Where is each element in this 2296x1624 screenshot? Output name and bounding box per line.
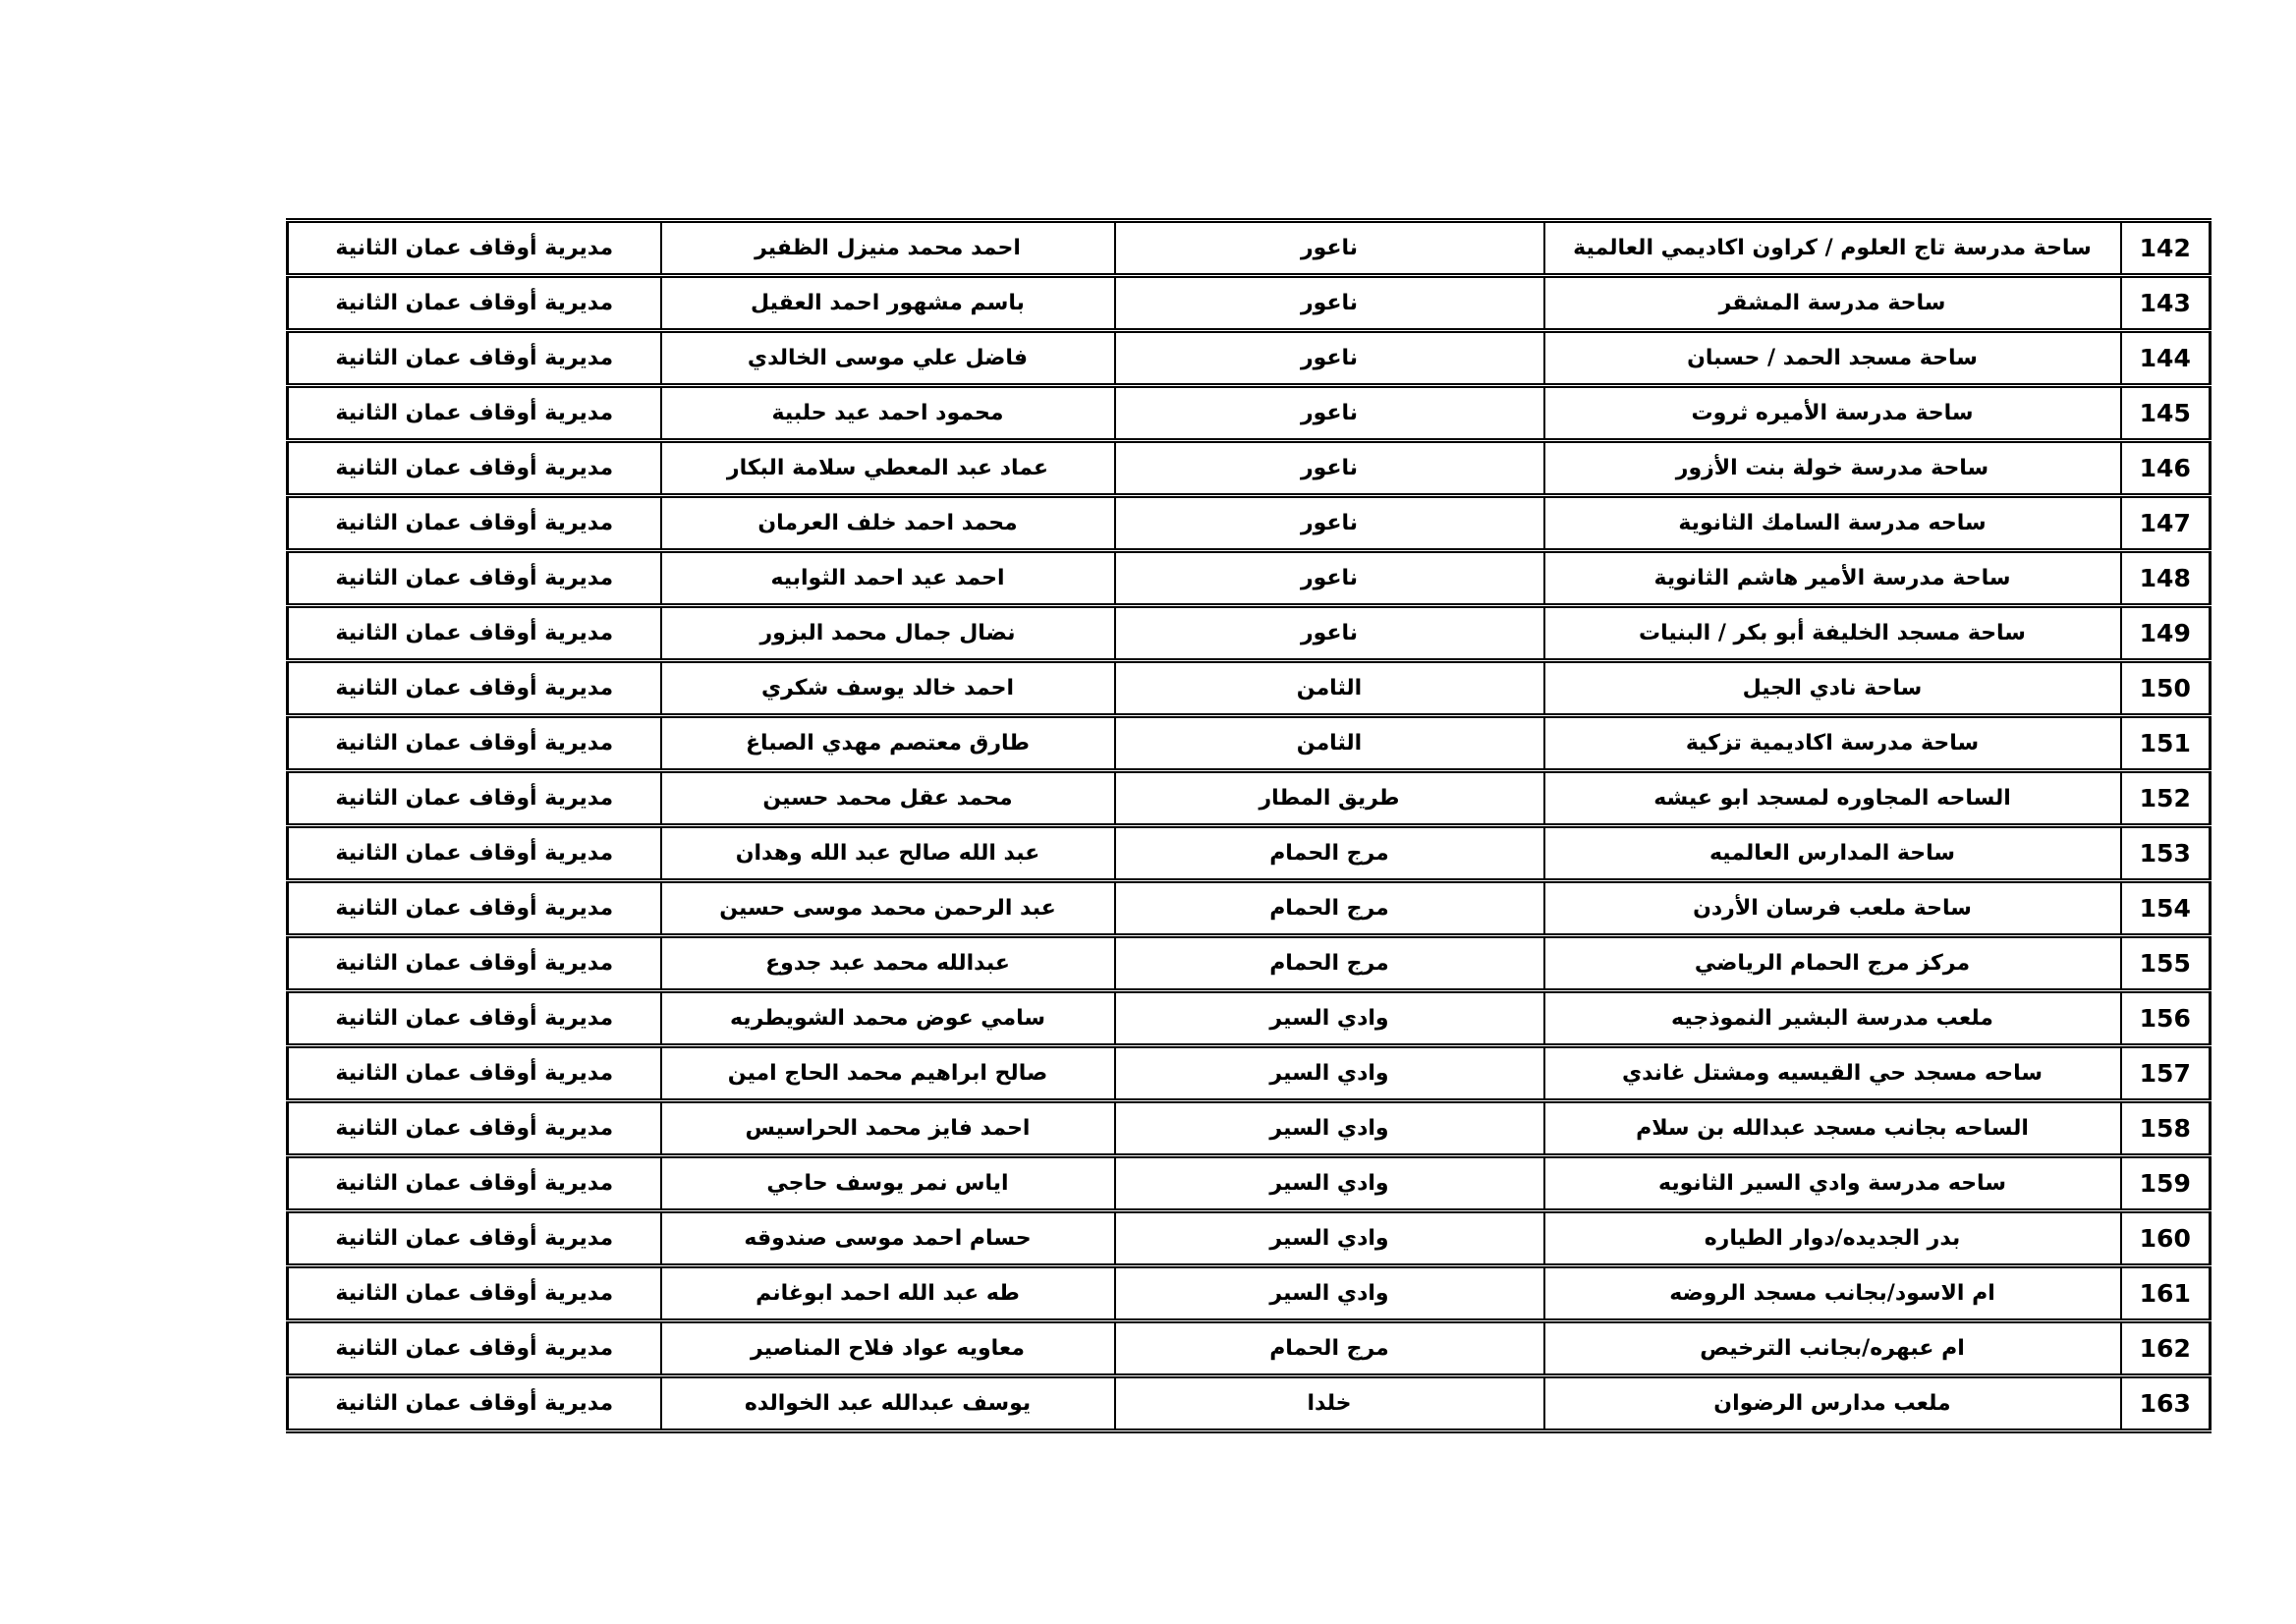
cell-area: ناعور [1115, 331, 1544, 386]
table-row: 163ملعب مدارس الرضوانخلدايوسف عبدالله عب… [288, 1376, 2211, 1431]
cell-directorate: مديرية أوقاف عمان الثانية [288, 606, 661, 661]
cell-directorate: مديرية أوقاف عمان الثانية [288, 496, 661, 551]
cell-number: 156 [2121, 991, 2211, 1046]
cell-area: طريق المطار [1115, 771, 1544, 826]
cell-name: حسام احمد موسى صندوقه [661, 1211, 1115, 1266]
cell-area: ناعور [1115, 551, 1544, 606]
cell-number: 163 [2121, 1376, 2211, 1431]
cell-location: مركز مرج الحمام الرياضي [1544, 936, 2121, 991]
awqaf-supervisors-table: 142ساحة مدرسة تاج العلوم / كراون اكاديمي… [286, 218, 2212, 1433]
cell-name: طه عبد الله احمد ابوغانم [661, 1266, 1115, 1321]
cell-name: محمد احمد خلف العرمان [661, 496, 1115, 551]
cell-name: معاويه عواد فلاح المناصير [661, 1321, 1115, 1376]
cell-directorate: مديرية أوقاف عمان الثانية [288, 661, 661, 716]
cell-directorate: مديرية أوقاف عمان الثانية [288, 771, 661, 826]
table-row: 162ام عبهره/بجانب الترخيصمرج الحماممعاوي… [288, 1321, 2211, 1376]
cell-area: الثامن [1115, 661, 1544, 716]
cell-directorate: مديرية أوقاف عمان الثانية [288, 551, 661, 606]
cell-number: 155 [2121, 936, 2211, 991]
table-row: 143ساحة مدرسة المشقرناعورباسم مشهور احمد… [288, 276, 2211, 331]
cell-name: احمد فايز محمد الحراسيس [661, 1101, 1115, 1156]
table-row: 154ساحة ملعب فرسان الأردنمرج الحمامعبد ا… [288, 881, 2211, 936]
cell-area: مرج الحمام [1115, 881, 1544, 936]
cell-number: 152 [2121, 771, 2211, 826]
cell-area: مرج الحمام [1115, 936, 1544, 991]
cell-number: 144 [2121, 331, 2211, 386]
cell-location: ساحة مدرسة المشقر [1544, 276, 2121, 331]
table-row: 144ساحة مسجد الحمد / حسبانناعورفاضل علي … [288, 331, 2211, 386]
table-body: 142ساحة مدرسة تاج العلوم / كراون اكاديمي… [288, 221, 2211, 1431]
table-row: 159ساحه مدرسة وادي السير الثانويهوادي ال… [288, 1156, 2211, 1211]
cell-directorate: مديرية أوقاف عمان الثانية [288, 716, 661, 771]
table-row: 157ساحه مسجد حي القيسيه ومشتل غانديوادي … [288, 1046, 2211, 1101]
cell-location: ام الاسود/بجانب مسجد الروضه [1544, 1266, 2121, 1321]
cell-directorate: مديرية أوقاف عمان الثانية [288, 1321, 661, 1376]
cell-location: ساحة مسجد الحمد / حسبان [1544, 331, 2121, 386]
table-row: 148ساحة مدرسة الأمير هاشم الثانويةناعورا… [288, 551, 2211, 606]
cell-area: ناعور [1115, 276, 1544, 331]
cell-area: الثامن [1115, 716, 1544, 771]
cell-directorate: مديرية أوقاف عمان الثانية [288, 881, 661, 936]
cell-location: ساحة مدرسة الأمير هاشم الثانوية [1544, 551, 2121, 606]
table-row: 156ملعب مدرسة البشير النموذجيهوادي السير… [288, 991, 2211, 1046]
cell-number: 142 [2121, 221, 2211, 276]
document-page: 142ساحة مدرسة تاج العلوم / كراون اكاديمي… [0, 0, 2296, 1624]
cell-name: نضال جمال محمد البزور [661, 606, 1115, 661]
cell-location: ام عبهره/بجانب الترخيص [1544, 1321, 2121, 1376]
cell-name: صالح ابراهيم محمد الحاج امين [661, 1046, 1115, 1101]
cell-name: عبد الرحمن محمد موسى حسين [661, 881, 1115, 936]
table-row: 155مركز مرج الحمام الرياضيمرج الحمامعبدا… [288, 936, 2211, 991]
cell-name: فاضل علي موسى الخالدي [661, 331, 1115, 386]
cell-directorate: مديرية أوقاف عمان الثانية [288, 221, 661, 276]
cell-directorate: مديرية أوقاف عمان الثانية [288, 1376, 661, 1431]
cell-location: ساحة مسجد الخليفة أبو بكر / البنيات [1544, 606, 2121, 661]
table-row: 161ام الاسود/بجانب مسجد الروضهوادي السير… [288, 1266, 2211, 1321]
cell-location: الساحه بجانب مسجد عبدالله بن سلام [1544, 1101, 2121, 1156]
cell-area: وادي السير [1115, 1101, 1544, 1156]
cell-directorate: مديرية أوقاف عمان الثانية [288, 1211, 661, 1266]
cell-area: وادي السير [1115, 1211, 1544, 1266]
cell-directorate: مديرية أوقاف عمان الثانية [288, 441, 661, 496]
cell-area: مرج الحمام [1115, 1321, 1544, 1376]
cell-area: خلدا [1115, 1376, 1544, 1431]
cell-directorate: مديرية أوقاف عمان الثانية [288, 936, 661, 991]
table-row: 150ساحة نادي الجيلالثامناحمد خالد يوسف ش… [288, 661, 2211, 716]
cell-location: ملعب مدارس الرضوان [1544, 1376, 2121, 1431]
cell-area: ناعور [1115, 221, 1544, 276]
cell-number: 157 [2121, 1046, 2211, 1101]
cell-area: وادي السير [1115, 991, 1544, 1046]
cell-location: ملعب مدرسة البشير النموذجيه [1544, 991, 2121, 1046]
cell-number: 143 [2121, 276, 2211, 331]
cell-number: 160 [2121, 1211, 2211, 1266]
cell-name: سامي عوض محمد الشويطريه [661, 991, 1115, 1046]
table-row: 146ساحة مدرسة خولة بنت الأزورناعورعماد ع… [288, 441, 2211, 496]
cell-name: محمد عقل محمد حسين [661, 771, 1115, 826]
table-row: 151ساحة مدرسة اكاديمية تزكيةالثامنطارق م… [288, 716, 2211, 771]
cell-name: محمود احمد عيد حلبية [661, 386, 1115, 441]
cell-number: 158 [2121, 1101, 2211, 1156]
cell-directorate: مديرية أوقاف عمان الثانية [288, 1156, 661, 1211]
cell-directorate: مديرية أوقاف عمان الثانية [288, 331, 661, 386]
table-row: 160بدر الجديده/دوار الطيارهوادي السيرحسا… [288, 1211, 2211, 1266]
cell-directorate: مديرية أوقاف عمان الثانية [288, 1046, 661, 1101]
cell-location: ساحه مدرسة السامك الثانوية [1544, 496, 2121, 551]
cell-area: وادي السير [1115, 1266, 1544, 1321]
cell-number: 159 [2121, 1156, 2211, 1211]
cell-number: 149 [2121, 606, 2211, 661]
cell-name: احمد خالد يوسف شكري [661, 661, 1115, 716]
cell-location: ساحة نادي الجيل [1544, 661, 2121, 716]
cell-area: ناعور [1115, 386, 1544, 441]
cell-name: احمد عيد احمد الثوابيه [661, 551, 1115, 606]
cell-location: ساحه مسجد حي القيسيه ومشتل غاندي [1544, 1046, 2121, 1101]
cell-location: ساحة مدرسة تاج العلوم / كراون اكاديمي ال… [1544, 221, 2121, 276]
cell-number: 145 [2121, 386, 2211, 441]
cell-directorate: مديرية أوقاف عمان الثانية [288, 991, 661, 1046]
cell-number: 146 [2121, 441, 2211, 496]
cell-location: ساحة مدرسة اكاديمية تزكية [1544, 716, 2121, 771]
table-row: 149ساحة مسجد الخليفة أبو بكر / البنياتنا… [288, 606, 2211, 661]
cell-directorate: مديرية أوقاف عمان الثانية [288, 1266, 661, 1321]
cell-area: ناعور [1115, 496, 1544, 551]
cell-location: ساحة مدرسة الأميره ثروت [1544, 386, 2121, 441]
table-row: 142ساحة مدرسة تاج العلوم / كراون اكاديمي… [288, 221, 2211, 276]
table-row: 147ساحه مدرسة السامك الثانويةناعورمحمد ا… [288, 496, 2211, 551]
cell-directorate: مديرية أوقاف عمان الثانية [288, 826, 661, 881]
cell-name: احمد محمد منيزل الظفير [661, 221, 1115, 276]
cell-area: ناعور [1115, 441, 1544, 496]
cell-number: 150 [2121, 661, 2211, 716]
cell-location: بدر الجديده/دوار الطياره [1544, 1211, 2121, 1266]
cell-name: يوسف عبدالله عبد الخوالده [661, 1376, 1115, 1431]
cell-location: ساحة ملعب فرسان الأردن [1544, 881, 2121, 936]
cell-number: 151 [2121, 716, 2211, 771]
cell-name: عبد الله صالح عبد الله وهدان [661, 826, 1115, 881]
cell-area: مرج الحمام [1115, 826, 1544, 881]
cell-name: عبدالله محمد عبد جدوع [661, 936, 1115, 991]
cell-name: طارق معتصم مهدي الصباغ [661, 716, 1115, 771]
cell-directorate: مديرية أوقاف عمان الثانية [288, 276, 661, 331]
cell-name: عماد عبد المعطي سلامة البكار [661, 441, 1115, 496]
cell-name: باسم مشهور احمد العقيل [661, 276, 1115, 331]
cell-number: 161 [2121, 1266, 2211, 1321]
cell-area: وادي السير [1115, 1046, 1544, 1101]
cell-area: وادي السير [1115, 1156, 1544, 1211]
cell-area: ناعور [1115, 606, 1544, 661]
table-row: 153ساحة المدارس العالميهمرج الحمامعبد ال… [288, 826, 2211, 881]
table-row: 145ساحة مدرسة الأميره ثروتناعورمحمود احم… [288, 386, 2211, 441]
cell-location: ساحه مدرسة وادي السير الثانويه [1544, 1156, 2121, 1211]
cell-number: 148 [2121, 551, 2211, 606]
cell-directorate: مديرية أوقاف عمان الثانية [288, 386, 661, 441]
cell-location: ساحة مدرسة خولة بنت الأزور [1544, 441, 2121, 496]
cell-number: 162 [2121, 1321, 2211, 1376]
cell-directorate: مديرية أوقاف عمان الثانية [288, 1101, 661, 1156]
cell-name: اياس نمر يوسف حاجي [661, 1156, 1115, 1211]
cell-number: 153 [2121, 826, 2211, 881]
cell-number: 154 [2121, 881, 2211, 936]
cell-number: 147 [2121, 496, 2211, 551]
table-row: 158الساحه بجانب مسجد عبدالله بن سلاموادي… [288, 1101, 2211, 1156]
cell-location: الساحه المجاوره لمسجد ابو عيشه [1544, 771, 2121, 826]
table-row: 152الساحه المجاوره لمسجد ابو عيشهطريق ال… [288, 771, 2211, 826]
cell-location: ساحة المدارس العالميه [1544, 826, 2121, 881]
